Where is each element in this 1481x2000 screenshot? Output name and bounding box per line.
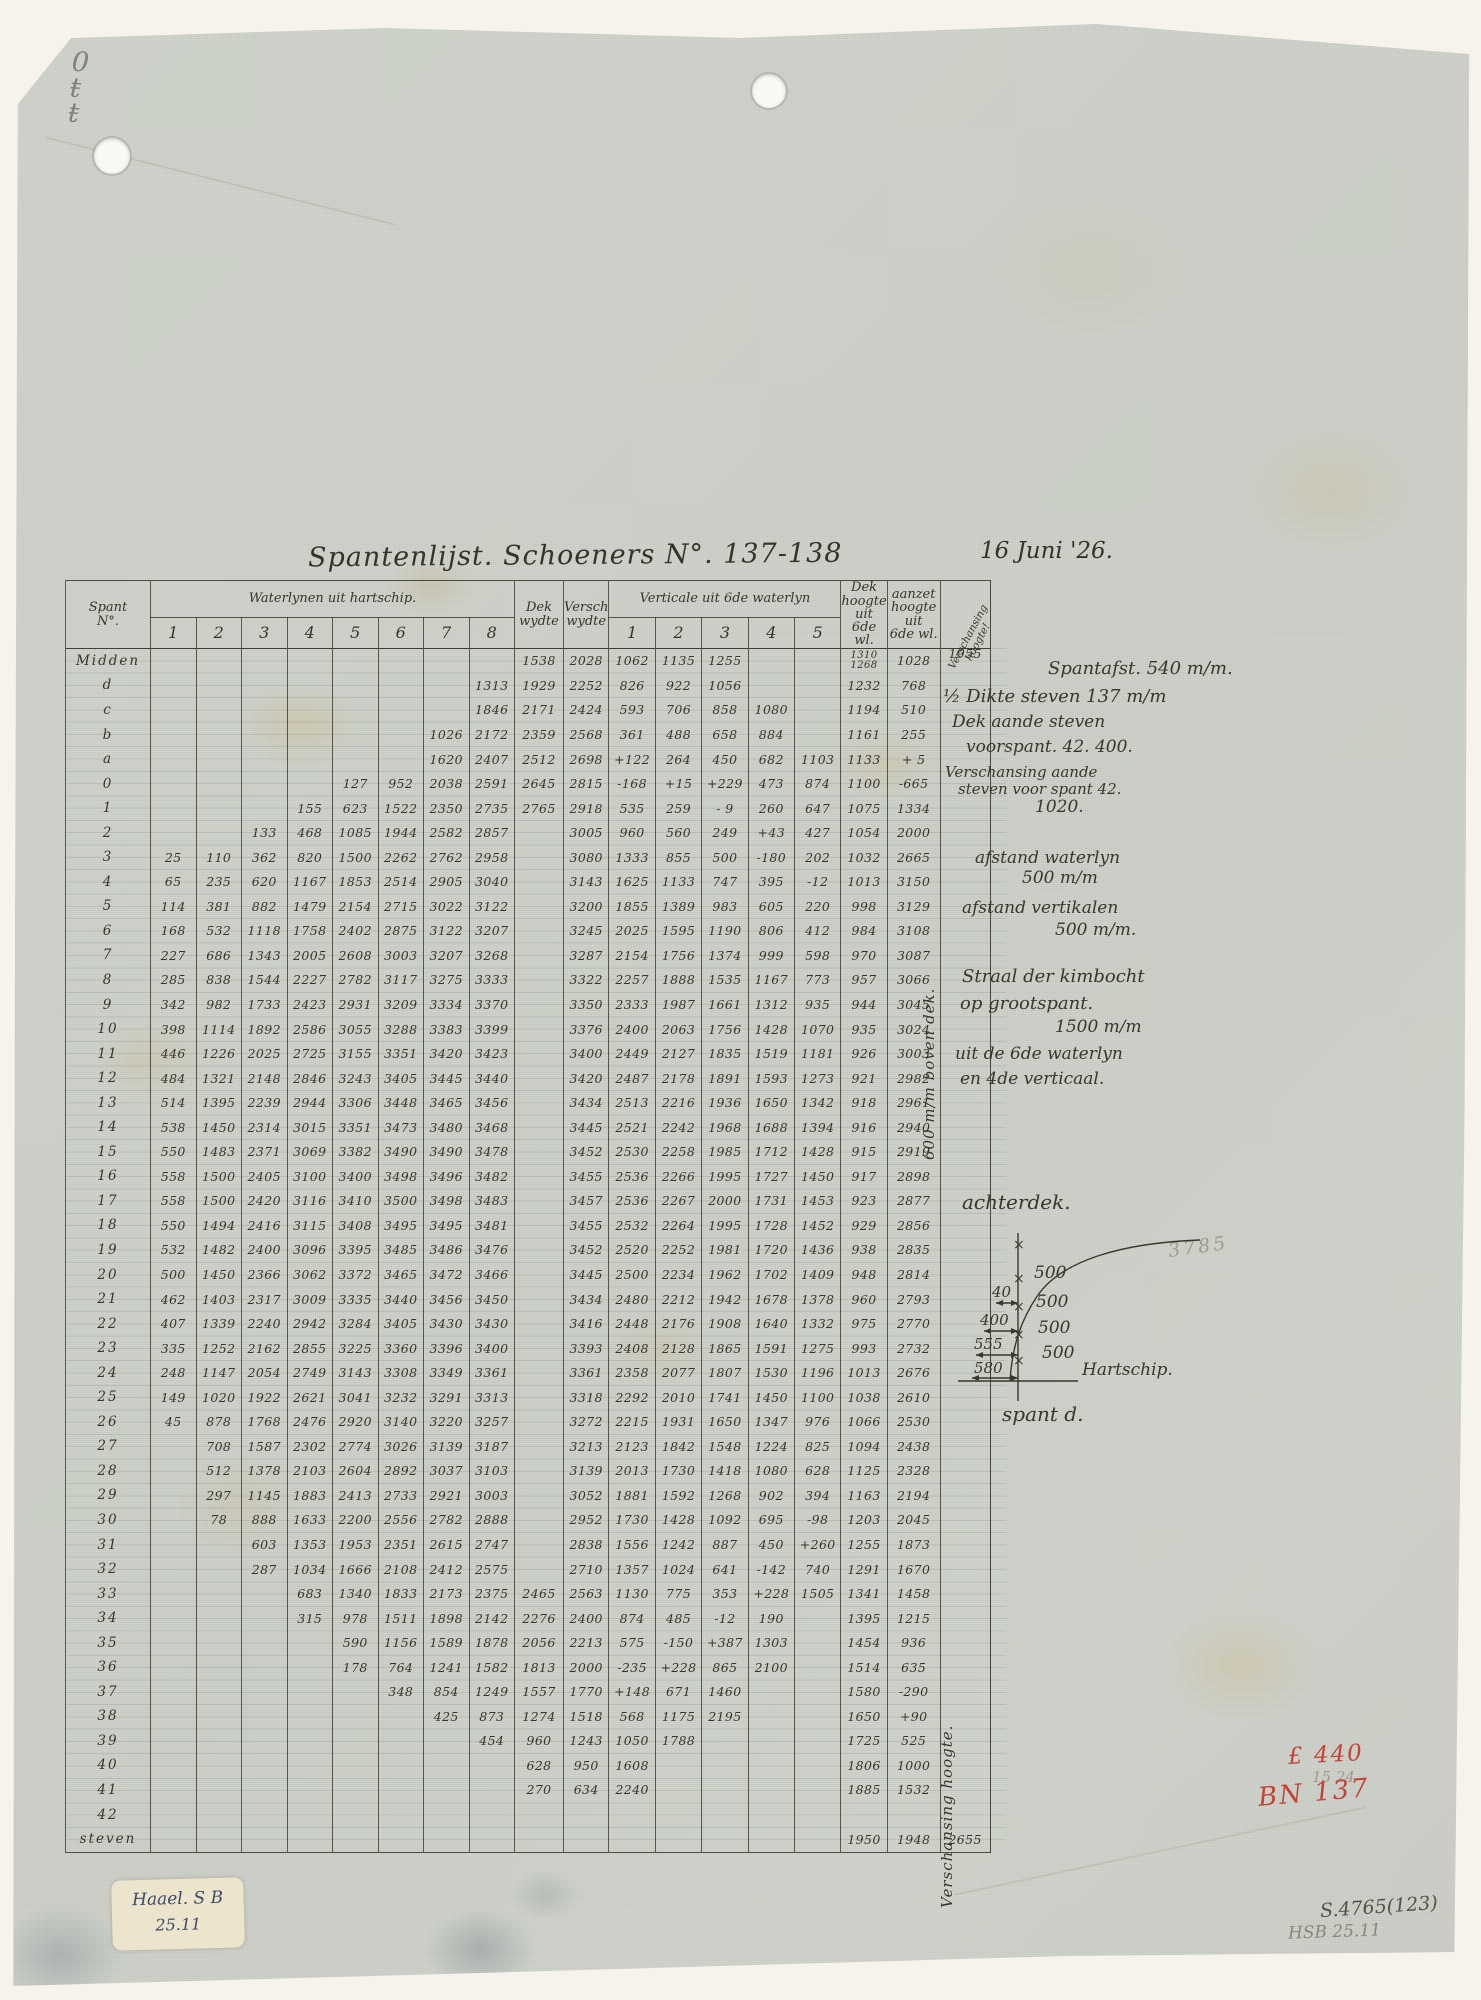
data-cell: 127 <box>333 772 379 797</box>
data-cell: 2212 <box>655 1287 701 1312</box>
data-cell: 3187 <box>469 1435 515 1460</box>
spant-label: b <box>66 723 151 748</box>
data-cell: 395 <box>748 870 794 895</box>
spant-label: 3 <box>66 845 151 870</box>
data-cell: 425 <box>424 1705 470 1730</box>
spant-label: 19 <box>66 1238 151 1263</box>
data-cell: 1215 <box>887 1606 940 1631</box>
data-cell <box>515 1287 564 1312</box>
data-cell: 2056 <box>515 1631 564 1656</box>
data-cell: 484 <box>151 1066 197 1091</box>
data-cell <box>515 1164 564 1189</box>
data-cell: 917 <box>841 1164 887 1189</box>
data-cell: 598 <box>795 944 841 969</box>
data-cell <box>151 1680 197 1705</box>
spant-label: 13 <box>66 1091 151 1116</box>
data-cell: 1730 <box>655 1459 701 1484</box>
data-cell <box>469 1754 515 1779</box>
data-cell: 1741 <box>702 1385 748 1410</box>
data-cell <box>940 1115 990 1140</box>
data-cell: 427 <box>795 821 841 846</box>
data-cell: 155 <box>287 796 333 821</box>
data-cell <box>287 1705 333 1730</box>
data-cell: 575 <box>609 1631 655 1656</box>
data-cell: 1878 <box>469 1631 515 1656</box>
data-cell: +43 <box>748 821 794 846</box>
svg-text:×: × <box>1013 1327 1025 1343</box>
data-cell: 2127 <box>655 1042 701 1067</box>
data-cell: 3335 <box>333 1287 379 1312</box>
data-cell: 65 <box>151 870 197 895</box>
data-cell: 110 <box>196 845 242 870</box>
data-cell: 1275 <box>795 1336 841 1361</box>
data-cell: 1066 <box>841 1410 887 1435</box>
data-cell: 2530 <box>609 1140 655 1165</box>
sketch-hartschip-label: Hartschip. <box>1081 1360 1173 1380</box>
data-cell <box>242 649 288 674</box>
data-cell: 775 <box>655 1582 701 1607</box>
data-cell: 3275 <box>424 968 470 993</box>
data-cell: 535 <box>609 796 655 821</box>
data-cell: 1608 <box>609 1754 655 1779</box>
data-cell: 1454 <box>841 1631 887 1656</box>
data-cell: 854 <box>424 1680 470 1705</box>
data-cell: 773 <box>795 968 841 993</box>
data-cell <box>242 1680 288 1705</box>
data-cell: 1070 <box>795 1017 841 1042</box>
table-row-35: 3559011561589187820562213575-150+3871303… <box>66 1631 991 1656</box>
svg-text:×: × <box>1013 1271 1025 1287</box>
data-cell: 3288 <box>378 1017 424 1042</box>
data-cell: 2025 <box>242 1042 288 1067</box>
data-cell: 1788 <box>655 1729 701 1754</box>
data-cell: 2200 <box>333 1508 379 1533</box>
data-cell: 2513 <box>609 1091 655 1116</box>
data-cell: 525 <box>887 1729 940 1754</box>
waterlyn-col-1: 1 <box>151 618 197 649</box>
sketch-dim-40: 40 <box>991 1283 1012 1301</box>
table-row-36: 361787641241158218132000-235+22886521001… <box>66 1655 991 1680</box>
data-cell: 512 <box>196 1459 242 1484</box>
data-cell <box>515 1263 564 1288</box>
data-cell: 2366 <box>242 1263 288 1288</box>
data-cell: 3455 <box>564 1164 609 1189</box>
data-cell <box>609 1803 655 1828</box>
data-cell <box>287 1754 333 1779</box>
data-cell <box>151 649 197 674</box>
data-cell: 2521 <box>609 1115 655 1140</box>
data-cell <box>424 1778 470 1803</box>
data-cell: 3360 <box>378 1336 424 1361</box>
data-cell: 2615 <box>424 1533 470 1558</box>
waterlyn-col-6: 6 <box>378 618 424 649</box>
data-cell: 3026 <box>378 1435 424 1460</box>
data-cell: 532 <box>196 919 242 944</box>
data-cell: 3480 <box>424 1115 470 1140</box>
catalog-number-2: HSB 25.11 <box>1288 1920 1382 1943</box>
data-cell: 1483 <box>196 1140 242 1165</box>
data-cell <box>151 1582 197 1607</box>
data-cell: 2240 <box>242 1312 288 1337</box>
data-cell: 1479 <box>287 894 333 919</box>
data-cell: 1241 <box>424 1655 470 1680</box>
data-cell <box>795 1754 841 1779</box>
data-cell: 2266 <box>655 1164 701 1189</box>
data-cell <box>333 723 379 748</box>
data-cell: 3209 <box>378 993 424 1018</box>
data-cell <box>795 1680 841 1705</box>
data-cell <box>515 1115 564 1140</box>
data-cell <box>242 1631 288 1656</box>
data-cell: 2402 <box>333 919 379 944</box>
spant-label: steven <box>66 1827 151 1852</box>
table-row-b: b10262172235925683614886588841161255 <box>66 723 991 748</box>
data-cell: 1428 <box>748 1017 794 1042</box>
data-cell: 1303 <box>748 1631 794 1656</box>
data-cell <box>196 772 242 797</box>
data-cell <box>333 747 379 772</box>
data-cell: 2314 <box>242 1115 288 1140</box>
data-cell: 3445 <box>564 1263 609 1288</box>
data-cell: 3440 <box>378 1287 424 1312</box>
data-cell: 381 <box>196 894 242 919</box>
data-cell: 168 <box>151 919 197 944</box>
data-cell: 806 <box>748 919 794 944</box>
table-row-19: 1953214822400309633953485348634763452252… <box>66 1238 991 1263</box>
data-cell: 3465 <box>424 1091 470 1116</box>
data-cell: 3139 <box>424 1435 470 1460</box>
data-cell: 708 <box>196 1435 242 1460</box>
table-row-11: 1144612262025272531553351342034233400244… <box>66 1042 991 1067</box>
data-cell: 1232 <box>841 674 887 699</box>
data-cell: 1591 <box>748 1336 794 1361</box>
data-cell <box>333 1803 379 1828</box>
waterlyn-col-5: 5 <box>333 618 379 649</box>
table-row-9: 9342982173324232931320933343370335023331… <box>66 993 991 1018</box>
data-cell: 2172 <box>469 723 515 748</box>
data-cell: 3308 <box>378 1361 424 1386</box>
data-cell: 2621 <box>287 1385 333 1410</box>
data-cell: 740 <box>795 1557 841 1582</box>
spant-label: 28 <box>66 1459 151 1484</box>
data-cell: 3003 <box>378 944 424 969</box>
data-cell: 3400 <box>333 1164 379 1189</box>
data-cell <box>196 674 242 699</box>
table-row-6: 6168532111817582402287531223207324520251… <box>66 919 991 944</box>
data-cell: 1394 <box>795 1115 841 1140</box>
data-cell: 1274 <box>515 1705 564 1730</box>
data-cell: 1242 <box>655 1533 701 1558</box>
data-cell: 1987 <box>655 993 701 1018</box>
data-cell <box>196 698 242 723</box>
data-cell: 1125 <box>841 1459 887 1484</box>
data-cell: 3473 <box>378 1115 424 1140</box>
data-cell: 1118 <box>242 919 288 944</box>
data-cell <box>196 821 242 846</box>
data-cell: 3155 <box>333 1042 379 1067</box>
data-cell: 2213 <box>564 1631 609 1656</box>
data-cell: 960 <box>515 1729 564 1754</box>
data-cell <box>151 1459 197 1484</box>
data-cell <box>151 821 197 846</box>
header-dekwydte: Dek wydte <box>515 581 564 649</box>
data-cell: 560 <box>655 821 701 846</box>
data-cell <box>287 698 333 723</box>
data-cell: 935 <box>841 1017 887 1042</box>
data-cell: 2400 <box>242 1238 288 1263</box>
data-cell <box>515 993 564 1018</box>
data-cell <box>748 1803 794 1828</box>
data-cell <box>333 1705 379 1730</box>
spant-label: 8 <box>66 968 151 993</box>
data-cell <box>515 821 564 846</box>
table-row-40: 40628950160818061000 <box>66 1754 991 1779</box>
data-cell: 1145 <box>242 1484 288 1509</box>
data-cell: +15 <box>655 772 701 797</box>
data-cell: 2264 <box>655 1214 701 1239</box>
data-cell: 826 <box>609 674 655 699</box>
data-cell: 2424 <box>564 698 609 723</box>
data-cell: 264 <box>655 747 701 772</box>
data-cell: 1114 <box>196 1017 242 1042</box>
note-dek-aande-steven: Dek aande steven <box>952 712 1105 732</box>
data-cell: 1395 <box>841 1606 887 1631</box>
data-cell: 3003 <box>469 1484 515 1509</box>
spant-label: 10 <box>66 1017 151 1042</box>
data-cell <box>515 1803 564 1828</box>
data-cell: 1518 <box>564 1705 609 1730</box>
data-cell: 3496 <box>424 1164 470 1189</box>
data-cell: 462 <box>151 1287 197 1312</box>
data-cell: 3466 <box>469 1263 515 1288</box>
data-cell: 3287 <box>564 944 609 969</box>
table-row-17: 1755815002420311634103500349834833457253… <box>66 1189 991 1214</box>
data-cell: 2920 <box>333 1410 379 1435</box>
spant-label: 9 <box>66 993 151 1018</box>
data-cell: 3434 <box>564 1287 609 1312</box>
data-cell <box>242 1754 288 1779</box>
spant-label: c <box>66 698 151 723</box>
svg-text:×: × <box>1013 1353 1025 1369</box>
spant-label: 11 <box>66 1042 151 1067</box>
data-cell: 658 <box>702 723 748 748</box>
data-cell: 3080 <box>564 845 609 870</box>
data-cell: 3015 <box>287 1115 333 1140</box>
sketch-spacing-2: 500 <box>1036 1292 1069 1312</box>
table-row-steven: steven195019482655 <box>66 1827 991 1852</box>
data-cell <box>333 674 379 699</box>
data-cell: 3122 <box>469 894 515 919</box>
data-cell: 1557 <box>515 1680 564 1705</box>
data-cell: 1050 <box>609 1729 655 1754</box>
table-row-41: 41270634224018851532 <box>66 1778 991 1803</box>
data-cell <box>702 1754 748 1779</box>
data-cell: 2520 <box>609 1238 655 1263</box>
data-cell <box>151 1655 197 1680</box>
data-cell: 2173 <box>424 1582 470 1607</box>
data-cell <box>287 772 333 797</box>
data-cell: 3040 <box>469 870 515 895</box>
data-cell: 1544 <box>242 968 288 993</box>
sketch-spacing-4: 500 <box>1042 1343 1075 1363</box>
data-cell: -142 <box>748 1557 794 1582</box>
data-cell: 2358 <box>609 1361 655 1386</box>
note-afstand-waterlyn: afstand waterlyn <box>975 848 1120 868</box>
data-cell <box>515 1066 564 1091</box>
data-cell <box>242 1606 288 1631</box>
data-cell: 2715 <box>378 894 424 919</box>
data-cell: 2732 <box>887 1336 940 1361</box>
data-cell: 3361 <box>469 1361 515 1386</box>
data-cell: 1592 <box>655 1484 701 1509</box>
data-cell: 983 <box>702 894 748 919</box>
data-cell: 1460 <box>702 1680 748 1705</box>
data-cell: +228 <box>655 1655 701 1680</box>
data-cell: 1252 <box>196 1336 242 1361</box>
data-cell: 3100 <box>287 1164 333 1189</box>
data-cell: 1133 <box>655 870 701 895</box>
data-cell: 3115 <box>287 1214 333 1239</box>
data-cell: 873 <box>469 1705 515 1730</box>
data-cell <box>515 1042 564 1067</box>
data-cell: 297 <box>196 1484 242 1509</box>
data-cell: 1341 <box>841 1582 887 1607</box>
spant-label: 33 <box>66 1582 151 1607</box>
data-cell: 3361 <box>564 1361 609 1386</box>
spant-label: 31 <box>66 1533 151 1558</box>
data-cell: 500 <box>151 1263 197 1288</box>
data-cell <box>515 1410 564 1435</box>
spant-label: 15 <box>66 1140 151 1165</box>
data-cell: 2333 <box>609 993 655 1018</box>
data-cell: 178 <box>333 1655 379 1680</box>
data-cell: 2514 <box>378 870 424 895</box>
data-cell <box>151 1803 197 1828</box>
page-date: 16 Juni '26. <box>980 538 1113 564</box>
data-cell <box>151 1484 197 1509</box>
data-cell <box>748 1754 794 1779</box>
data-cell: 2575 <box>469 1557 515 1582</box>
svg-text:×: × <box>1013 1237 1025 1253</box>
data-cell <box>515 1238 564 1263</box>
data-cell: 1908 <box>702 1312 748 1337</box>
data-cell: 1995 <box>702 1164 748 1189</box>
data-cell: 2252 <box>564 674 609 699</box>
data-cell: 1458 <box>887 1582 940 1607</box>
data-cell: 2898 <box>887 1164 940 1189</box>
data-cell: 249 <box>702 821 748 846</box>
data-cell <box>242 698 288 723</box>
data-cell: 3037 <box>424 1459 470 1484</box>
data-cell: 948 <box>841 1263 887 1288</box>
data-cell <box>795 698 841 723</box>
data-cell: 1080 <box>748 698 794 723</box>
data-cell: 3400 <box>564 1042 609 1067</box>
data-cell <box>196 1631 242 1656</box>
data-cell: 628 <box>795 1459 841 1484</box>
data-cell <box>795 1729 841 1754</box>
spant-label: 1 <box>66 796 151 821</box>
data-cell: 2317 <box>242 1287 288 1312</box>
data-cell: 1333 <box>609 845 655 870</box>
data-cell: 538 <box>151 1115 197 1140</box>
table-row-33: 336831340183321732375246525631130775353+… <box>66 1582 991 1607</box>
data-cell: 3103 <box>469 1459 515 1484</box>
data-cell: 1255 <box>702 649 748 674</box>
data-cell: 999 <box>748 944 794 969</box>
data-cell: 2195 <box>702 1705 748 1730</box>
data-cell: 1633 <box>287 1508 333 1533</box>
data-cell: 3313 <box>469 1385 515 1410</box>
note-600mm-boven-dek: 600 m/m boven dek. <box>920 890 938 1160</box>
data-cell <box>242 796 288 821</box>
data-cell <box>196 1557 242 1582</box>
data-cell: 2944 <box>287 1091 333 1116</box>
data-cell <box>702 1803 748 1828</box>
data-cell <box>151 1754 197 1779</box>
data-cell: -12 <box>795 870 841 895</box>
spant-label: 17 <box>66 1189 151 1214</box>
data-cell: 2420 <box>242 1189 288 1214</box>
data-cell: 2013 <box>609 1459 655 1484</box>
sketch-spacing-3: 500 <box>1038 1318 1071 1338</box>
sketch-caption: spant d. <box>1002 1402 1083 1426</box>
data-cell <box>196 1729 242 1754</box>
data-cell: 412 <box>795 919 841 944</box>
data-cell: 398 <box>151 1017 197 1042</box>
data-cell: 3062 <box>287 1263 333 1288</box>
data-cell: 1725 <box>841 1729 887 1754</box>
data-cell: 3257 <box>469 1410 515 1435</box>
data-cell: 3452 <box>564 1238 609 1263</box>
data-cell: -235 <box>609 1655 655 1680</box>
data-cell: 747 <box>702 870 748 895</box>
spant-label: 42 <box>66 1803 151 1828</box>
data-cell: 3456 <box>424 1287 470 1312</box>
data-cell: 450 <box>702 747 748 772</box>
table-row-14: 1453814502314301533513473348034683445252… <box>66 1115 991 1140</box>
table-row-a: a1620240725122698+12226445068211031133+ … <box>66 747 991 772</box>
data-cell: + 5 <box>887 747 940 772</box>
data-cell: 2276 <box>515 1606 564 1631</box>
data-cell: 2416 <box>242 1214 288 1239</box>
data-cell <box>940 1508 990 1533</box>
data-cell <box>287 1827 333 1852</box>
data-cell: 287 <box>242 1557 288 1582</box>
data-cell <box>196 1655 242 1680</box>
data-cell: 3420 <box>424 1042 470 1067</box>
data-cell: 3456 <box>469 1091 515 1116</box>
table-row-18: 1855014942416311534083495349534813455253… <box>66 1214 991 1239</box>
data-cell <box>702 1778 748 1803</box>
spant-label: 27 <box>66 1435 151 1460</box>
spant-label: 2 <box>66 821 151 846</box>
data-cell: 2240 <box>609 1778 655 1803</box>
data-cell: 468 <box>287 821 333 846</box>
data-cell: 500 <box>702 845 748 870</box>
spant-label: 24 <box>66 1361 151 1386</box>
data-cell: 2536 <box>609 1189 655 1214</box>
data-cell: 149 <box>151 1385 197 1410</box>
data-cell: 2610 <box>887 1385 940 1410</box>
data-cell: 975 <box>841 1312 887 1337</box>
data-cell <box>940 870 990 895</box>
data-cell: 2921 <box>424 1484 470 1509</box>
data-cell: 1190 <box>702 919 748 944</box>
data-cell <box>887 1803 940 1828</box>
data-cell: 3445 <box>564 1115 609 1140</box>
data-cell: 3334 <box>424 993 470 1018</box>
